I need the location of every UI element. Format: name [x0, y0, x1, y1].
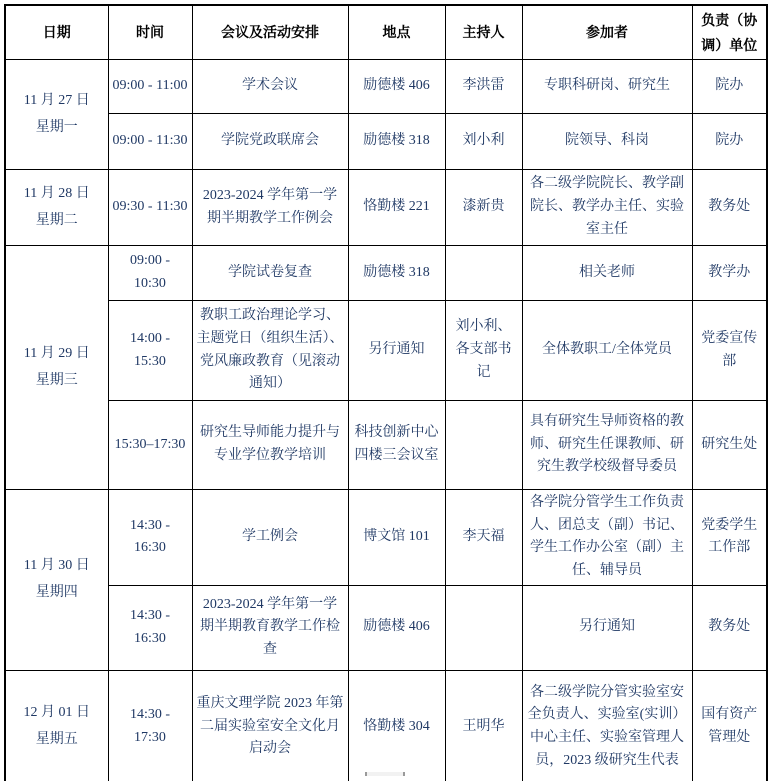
weekday-text: 星期三 [36, 373, 78, 388]
time-cell: 09:00 - 10:30 [108, 246, 192, 301]
host-cell [445, 585, 522, 670]
participants-cell: 各学院分管学生工作负责人、团总支（副）书记、学生工作办公室（副）主任、辅导员 [522, 490, 692, 586]
col-header-participants: 参加者 [522, 5, 692, 60]
table-row: 14:30 - 16:30 2023-2024 学年第一学期半期教育教学工作检查… [5, 585, 767, 670]
table-row: 11 月 29 日 星期三 09:00 - 10:30 学院试卷复查 励德楼 3… [5, 246, 767, 301]
time-cell: 14:30 - 16:30 [108, 490, 192, 586]
unit-cell: 教务处 [692, 585, 767, 670]
table-row: 11 月 27 日 星期一 09:00 - 11:00 学术会议 励德楼 406… [5, 60, 767, 114]
col-header-activity: 会议及活动安排 [192, 5, 348, 60]
time-cell: 15:30–17:30 [108, 401, 192, 490]
table-row: 12 月 01 日 星期五 14:30 - 17:30 重庆文理学院 2023 … [5, 670, 767, 781]
time-cell: 09:30 - 11:30 [108, 170, 192, 246]
activity-cell: 学院试卷复查 [192, 246, 348, 301]
date-cell-wed: 11 月 29 日 星期三 [5, 246, 108, 490]
date-text: 12 月 01 日 [24, 705, 91, 720]
weekday-text: 星期一 [36, 120, 78, 135]
location-cell: 励德楼 406 [348, 585, 445, 670]
unit-cell: 教务处 [692, 170, 767, 246]
host-cell [445, 401, 522, 490]
host-cell: 李天福 [445, 490, 522, 586]
activity-cell: 学院党政联席会 [192, 114, 348, 170]
host-cell: 漆新贵 [445, 170, 522, 246]
participants-cell: 另行通知 [522, 585, 692, 670]
participants-cell: 各二级学院分管实验室安全负责人、实验室(实训）中心主任、实验室管理人员，2023… [522, 670, 692, 781]
table-row: 15:30–17:30 研究生导师能力提升与专业学位教学培训 科技创新中心四楼三… [5, 401, 767, 490]
host-cell: 刘小利 [445, 114, 522, 170]
participants-cell: 各二级学院院长、教学副院长、教学办主任、实验室主任 [522, 170, 692, 246]
participants-cell: 全体教职工/全体党员 [522, 301, 692, 401]
location-cell: 另行通知 [348, 301, 445, 401]
col-header-time: 时间 [108, 5, 192, 60]
date-cell-thu: 11 月 30 日 星期四 [5, 490, 108, 671]
col-header-location: 地点 [348, 5, 445, 60]
col-header-date: 日期 [5, 5, 108, 60]
activity-cell: 2023-2024 学年第一学期半期教育教学工作检查 [192, 585, 348, 670]
date-text: 11 月 28 日 [24, 186, 90, 201]
weekday-text: 星期二 [36, 213, 78, 228]
participants-cell: 专职科研岗、研究生 [522, 60, 692, 114]
weekday-text: 星期四 [36, 585, 78, 600]
location-cell: 励德楼 406 [348, 60, 445, 114]
participants-cell: 相关老师 [522, 246, 692, 301]
date-text: 11 月 30 日 [24, 558, 90, 573]
participants-cell: 具有研究生导师资格的教师、研究生任课教师、研究生教学校级督导委员 [522, 401, 692, 490]
document-page: 日期 时间 会议及活动安排 地点 主持人 参加者 负责（协调）单位 11 月 2… [0, 0, 769, 781]
header-row: 日期 时间 会议及活动安排 地点 主持人 参加者 负责（协调）单位 [5, 5, 767, 60]
time-cell: 09:00 - 11:00 [108, 60, 192, 114]
unit-cell: 党委宣传部 [692, 301, 767, 401]
activity-cell: 研究生导师能力提升与专业学位教学培训 [192, 401, 348, 490]
activity-cell: 重庆文理学院 2023 年第二届实验室安全文化月启动会 [192, 670, 348, 781]
time-cell: 14:00 - 15:30 [108, 301, 192, 401]
time-cell: 09:00 - 11:30 [108, 114, 192, 170]
date-cell-fri: 12 月 01 日 星期五 [5, 670, 108, 781]
unit-cell: 研究生处 [692, 401, 767, 490]
participants-cell: 院领导、科岗 [522, 114, 692, 170]
location-cell: 博文馆 101 [348, 490, 445, 586]
unit-cell: 国有资产管理处 [692, 670, 767, 781]
table-row: 14:00 - 15:30 教职工政治理论学习、主题党日（组织生活）、党风廉政教… [5, 301, 767, 401]
unit-cell: 教学办 [692, 246, 767, 301]
date-cell-tue: 11 月 28 日 星期二 [5, 170, 108, 246]
unit-cell: 院办 [692, 114, 767, 170]
host-cell [445, 246, 522, 301]
activity-cell: 学工例会 [192, 490, 348, 586]
host-cell: 刘小利、各支部书记 [445, 301, 522, 401]
location-cell: 励德楼 318 [348, 246, 445, 301]
col-header-unit: 负责（协调）单位 [692, 5, 767, 60]
location-cell: 励德楼 318 [348, 114, 445, 170]
bottom-scroll-indicator [365, 772, 405, 776]
date-text: 11 月 29 日 [24, 346, 90, 361]
unit-cell: 党委学生工作部 [692, 490, 767, 586]
col-header-host: 主持人 [445, 5, 522, 60]
date-text: 11 月 27 日 [24, 93, 90, 108]
host-cell: 李洪雷 [445, 60, 522, 114]
table-row: 11 月 28 日 星期二 09:30 - 11:30 2023-2024 学年… [5, 170, 767, 246]
activity-cell: 教职工政治理论学习、主题党日（组织生活）、党风廉政教育（见滚动通知） [192, 301, 348, 401]
unit-cell: 院办 [692, 60, 767, 114]
date-cell-mon: 11 月 27 日 星期一 [5, 60, 108, 170]
activity-cell: 学术会议 [192, 60, 348, 114]
time-cell: 14:30 - 16:30 [108, 585, 192, 670]
host-cell: 王明华 [445, 670, 522, 781]
table-row: 09:00 - 11:30 学院党政联席会 励德楼 318 刘小利 院领导、科岗… [5, 114, 767, 170]
time-cell: 14:30 - 17:30 [108, 670, 192, 781]
schedule-table: 日期 时间 会议及活动安排 地点 主持人 参加者 负责（协调）单位 11 月 2… [4, 4, 768, 781]
table-row: 11 月 30 日 星期四 14:30 - 16:30 学工例会 博文馆 101… [5, 490, 767, 586]
activity-cell: 2023-2024 学年第一学期半期教学工作例会 [192, 170, 348, 246]
location-cell: 科技创新中心四楼三会议室 [348, 401, 445, 490]
location-cell: 恪勤楼 221 [348, 170, 445, 246]
weekday-text: 星期五 [36, 732, 78, 747]
location-cell: 恪勤楼 304 [348, 670, 445, 781]
